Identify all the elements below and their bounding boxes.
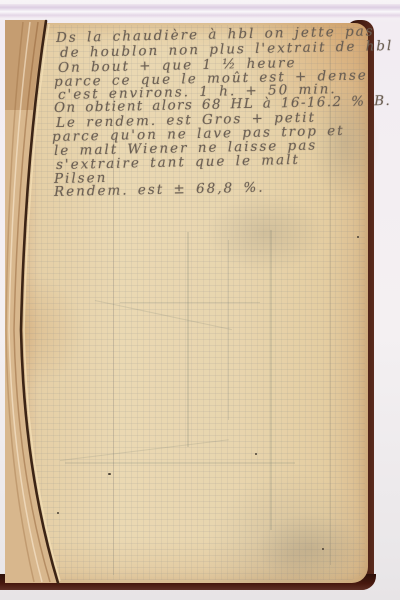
handwriting-line: Rendem. est ± 68,8 %. [54,180,265,200]
scanned-notebook-photo: Ds la chaudière à hbl on jette pas de ho… [0,0,400,600]
page-stack-edge [0,0,70,600]
